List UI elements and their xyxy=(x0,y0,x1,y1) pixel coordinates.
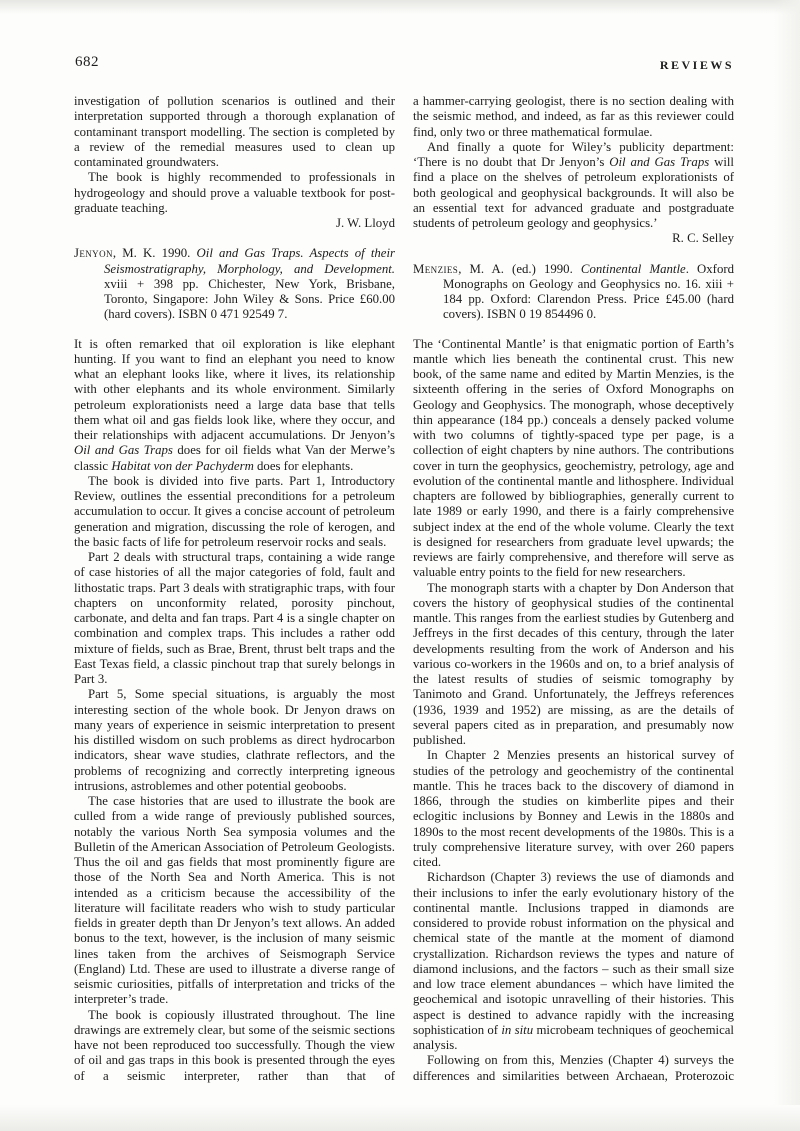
scan-edge-bottom xyxy=(0,1105,800,1131)
journal-page: 682 REVIEWS investigation of pollution s… xyxy=(0,0,800,1131)
smallcaps-author: Menzies xyxy=(413,262,458,276)
reviewer-signature: J. W. Lloyd xyxy=(74,216,395,231)
paragraph: a hammer-carrying geologist, there is no… xyxy=(413,94,734,140)
scan-edge-right xyxy=(774,0,800,1131)
italic-text: Continental Mantle xyxy=(581,262,686,276)
paragraph: The ‘Continental Mantle’ is that enigmat… xyxy=(413,337,734,581)
paragraph: The book is divided into five parts. Par… xyxy=(74,474,395,550)
paragraph: And finally a quote for Wiley’s publicit… xyxy=(413,140,734,232)
scan-edge-top xyxy=(0,0,800,14)
paragraph: In Chapter 2 Menzies presents an histori… xyxy=(413,748,734,870)
smallcaps-author: Jenyon xyxy=(74,246,113,260)
paragraph: Following on from this, Menzies (Chapter… xyxy=(413,1053,734,1084)
paragraph: The case histories that are used to illu… xyxy=(74,794,395,1008)
paragraph: The monograph starts with a chapter by D… xyxy=(413,581,734,749)
page-number: 682 xyxy=(75,54,99,71)
paragraph: investigation of pollution scenarios is … xyxy=(74,94,395,170)
reviewer-signature: R. C. Selley xyxy=(413,231,734,246)
paragraph: It is often remarked that oil exploratio… xyxy=(74,337,395,474)
right-column: a hammer-carrying geologist, there is no… xyxy=(413,94,734,1084)
italic-text: in situ xyxy=(501,1023,533,1037)
italic-text: Habitat von der Pachyderm xyxy=(111,459,254,473)
italic-text: Oil and Gas Traps xyxy=(74,443,173,457)
paragraph: Part 2 deals with structural traps, cont… xyxy=(74,550,395,687)
book-citation: Menzies, M. A. (ed.) 1990. Continental M… xyxy=(413,262,734,323)
italic-text: Oil and Gas Traps. Aspects of their Seis… xyxy=(104,246,395,275)
paragraph: Richardson (Chapter 3) reviews the use o… xyxy=(413,870,734,1053)
left-column: investigation of pollution scenarios is … xyxy=(74,94,395,1084)
italic-text: Oil and Gas Traps xyxy=(609,155,709,169)
running-title: REVIEWS xyxy=(413,58,734,73)
book-citation: Jenyon, M. K. 1990. Oil and Gas Traps. A… xyxy=(74,246,395,322)
paragraph: The book is copiously illustrated throug… xyxy=(74,1008,395,1084)
paragraph: Part 5, Some special situations, is argu… xyxy=(74,687,395,794)
paragraph: The book is highly recommended to profes… xyxy=(74,170,395,216)
